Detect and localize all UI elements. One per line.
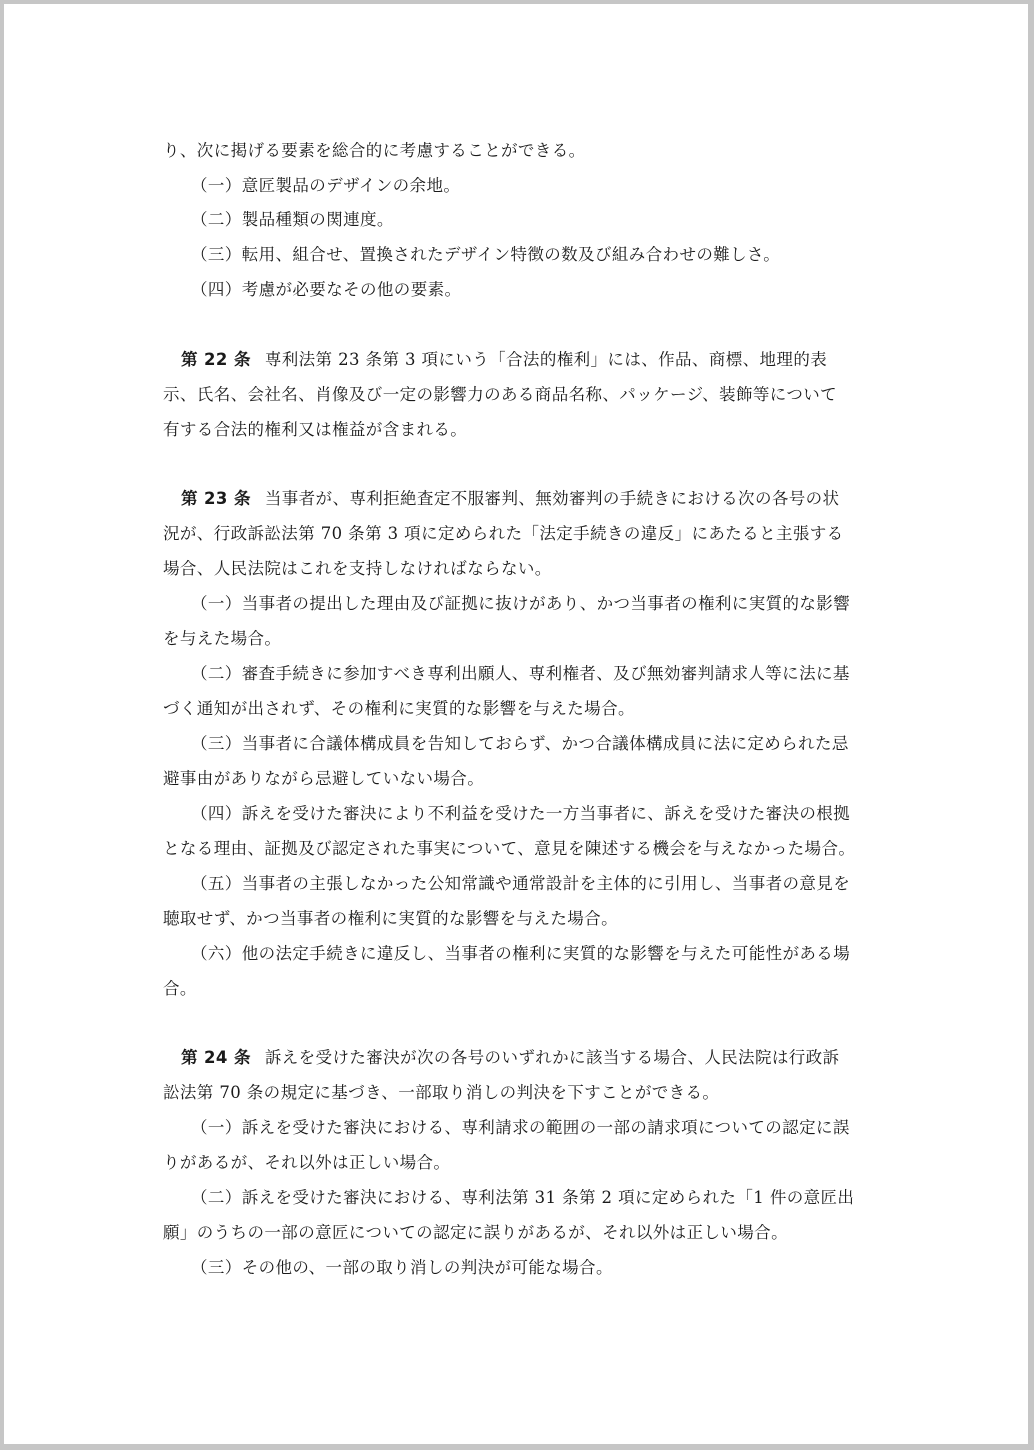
list-item-cont: となる理由、証拠及び認定された事実について、意見を陳述する機会を与えなかった場合… (163, 837, 855, 861)
article-24-first-line: 第 24 条訴えを受けた審決が次の各号のいずれかに該当する場合、人民法院は行政訴 (181, 1046, 839, 1070)
list-item: （三）転用、組合せ、置換されたデザイン特徴の数及び組み合わせの難しさ。 (191, 243, 780, 267)
article-22-heading: 第 22 条 (181, 350, 251, 369)
paragraph-line: 有する合法的権利又は権益が含まれる。 (163, 418, 467, 442)
article-23-first-line: 第 23 条当事者が、専利拒絶査定不服審判、無効審判の手続きにおける次の各号の状 (181, 487, 839, 511)
list-item-cont: 聴取せず、かつ当事者の権利に実質的な影響を与えた場合。 (163, 907, 618, 931)
list-item-cont: づく通知が出されず、その権利に実質的な影響を与えた場合。 (163, 697, 635, 721)
list-item: （一）当事者の提出した理由及び証拠に抜けがあり、かつ当事者の権利に実質的な影響 (191, 592, 850, 616)
list-item: （一）意匠製品のデザインの余地。 (191, 174, 460, 198)
paragraph-line: 況が、行政訴訟法第 70 条第 3 項に定められた「法定手続きの違反」にあたると… (163, 522, 844, 546)
list-item: （四）訴えを受けた審決により不利益を受けた一方当事者に、訴えを受けた審決の根拠 (191, 802, 850, 826)
list-item: （二）訴えを受けた審決における、専利法第 31 条第 2 項に定められた「1 件… (191, 1186, 854, 1210)
list-item: （一）訴えを受けた審決における、専利請求の範囲の一部の請求項についての認定に誤 (191, 1116, 850, 1140)
list-item: （五）当事者の主張しなかった公知常識や通常設計を主体的に引用し、当事者の意見を (191, 872, 850, 896)
list-item-cont: りがあるが、それ以外は正しい場合。 (163, 1151, 450, 1175)
list-item-cont: を与えた場合。 (163, 627, 281, 651)
list-item-cont: 避事由がありながら忌避していない場合。 (163, 767, 484, 791)
paragraph-line: 示、氏名、会社名、肖像及び一定の影響力のある商品名称、パッケージ、装飾等について (163, 383, 837, 407)
paragraph-line: 訟法第 70 条の規定に基づき、一部取り消しの判決を下すことができる。 (163, 1081, 719, 1105)
list-item-cont: 合。 (163, 977, 197, 1001)
list-item: （二）製品種類の関連度。 (191, 208, 394, 232)
article-23-heading: 第 23 条 (181, 489, 251, 508)
list-item: （四）考慮が必要なその他の要素。 (191, 278, 461, 302)
list-item: （六）他の法定手続きに違反し、当事者の権利に実質的な影響を与えた可能性がある場 (191, 942, 850, 966)
list-item: （三）当事者に合議体構成員を告知しておらず、かつ合議体構成員に法に定められた忌 (191, 732, 849, 756)
paragraph-line: り、次に掲げる要素を総合的に考慮することができる。 (163, 139, 586, 163)
list-item: （二）審査手続きに参加すべき専利出願人、専利権者、及び無効審判請求人等に法に基 (191, 662, 850, 686)
paragraph-line: 場合、人民法院はこれを支持しなければならない。 (163, 557, 552, 581)
article-22-first-line: 第 22 条専利法第 23 条第 3 項にいう「合法的権利」には、作品、商標、地… (181, 348, 827, 372)
list-item-cont: 願」のうちの一部の意匠についての認定に誤りがあるが、それ以外は正しい場合。 (163, 1221, 788, 1245)
document-page: り、次に掲げる要素を総合的に考慮することができる。 （一）意匠製品のデザインの余… (4, 4, 1028, 1444)
list-item: （三）その他の、一部の取り消しの判決が可能な場合。 (191, 1256, 613, 1280)
article-24-heading: 第 24 条 (181, 1048, 251, 1067)
